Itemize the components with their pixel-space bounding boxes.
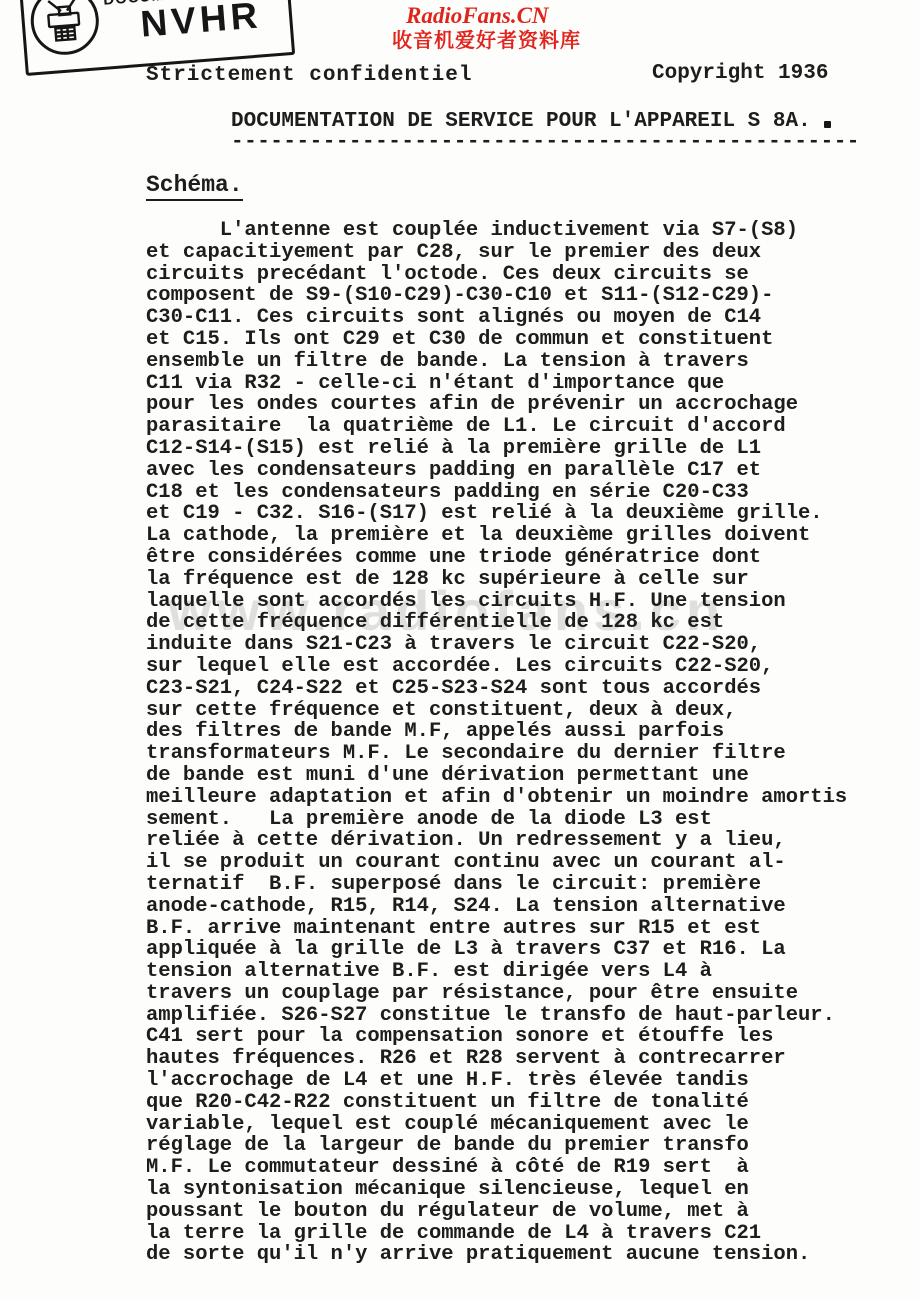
ink-speck	[824, 121, 831, 128]
copyright-label: Copyright 1936	[652, 62, 828, 85]
confidential-label: Strictement confidentiel	[146, 64, 472, 87]
radio-logo-icon	[28, 0, 101, 57]
radiofans-brand: RadioFans.CN	[392, 3, 581, 28]
section-heading: Schéma.	[146, 172, 243, 201]
doc-title: DOCUMENTATION DE SERVICE POUR L'APPAREIL…	[231, 110, 811, 133]
radiofans-brand-cn: 收音机爱好者资料库	[392, 28, 581, 52]
stamp-text: DOCUMENTATIEDIENST NVHR	[102, 0, 298, 47]
radiofans-banner: RadioFans.CN 收音机爱好者资料库	[392, 3, 581, 52]
body-text: L'antenne est couplée inductivement via …	[146, 220, 847, 1266]
title-underline: ----------------------------------------…	[231, 131, 860, 154]
stamp-org-abbr: NVHR	[104, 0, 298, 47]
